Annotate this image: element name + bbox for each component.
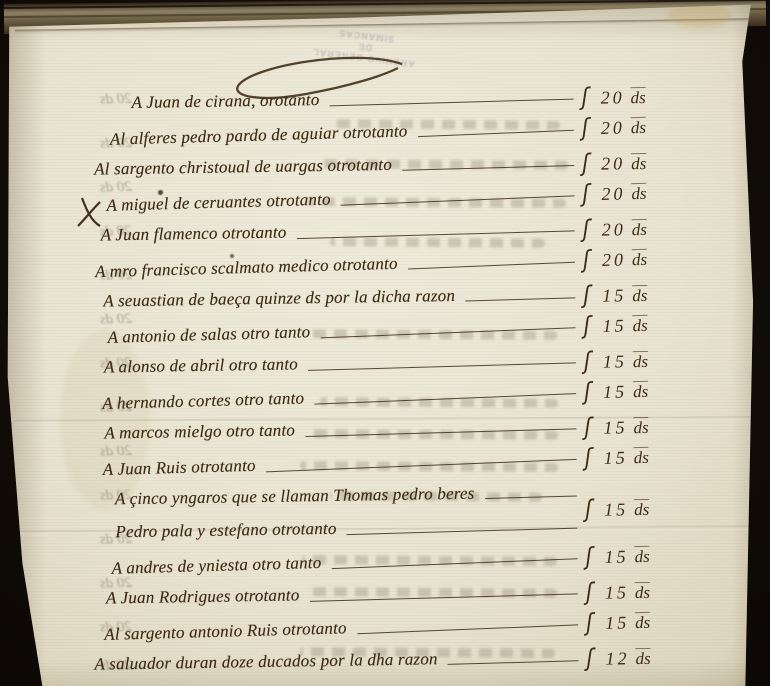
amount: ʃ 20 ds	[581, 83, 681, 109]
entry-text: Al sargento antonio Ruis otrotanto	[104, 613, 347, 650]
entry-text: A çinco yngaros que se llaman Thomas ped…	[115, 479, 475, 515]
amount-unit: ds	[635, 582, 650, 602]
amount-brace-glyph: ʃ	[585, 542, 593, 570]
entry-text: A Juan Rodrigues otrotanto	[106, 580, 300, 613]
dash-line	[465, 297, 575, 301]
amount-brace-glyph: ʃ	[581, 83, 588, 111]
amount-brace-glyph: ʃ	[585, 495, 592, 523]
entry-text: A Juan Ruis otrotanto	[102, 451, 256, 485]
entry-text: A alonso de abril otro tanto	[104, 349, 298, 382]
amount-value: 15	[604, 546, 629, 568]
amount-brace-glyph: ʃ	[586, 644, 593, 672]
entry-text: A hernando cortes otro tanto	[102, 383, 305, 419]
amount-brace-glyph: ʃ	[584, 347, 591, 375]
amount-value: 15	[603, 351, 627, 372]
dash-line	[448, 660, 579, 665]
amount-unit: ds	[633, 417, 648, 437]
dash-line	[308, 362, 576, 370]
dash-line	[266, 459, 577, 472]
amount-value: 12	[605, 648, 629, 669]
amount-value: 15	[603, 447, 628, 469]
dash-line	[402, 165, 574, 171]
dash-line	[314, 393, 576, 405]
dash-line	[485, 495, 577, 499]
amount-value: 20	[601, 153, 625, 174]
amount-unit: ds	[631, 117, 647, 137]
amount-unit: ds	[634, 500, 649, 520]
amount: ʃ 15 ds	[584, 376, 685, 403]
entry-text: A miguel de ceruantes otrotanto	[106, 185, 331, 221]
dash-line	[305, 428, 576, 437]
amount-brace-glyph: ʃ	[584, 377, 592, 405]
entry-text: A mro francisco scalmato medico otrotant…	[95, 249, 398, 287]
amount-unit: ds	[633, 447, 649, 467]
amount-unit: ds	[635, 612, 651, 632]
amount-unit: ds	[631, 153, 646, 173]
amount-unit: ds	[633, 381, 649, 401]
dash-line	[341, 195, 575, 205]
amount: ʃ 12 ds	[586, 644, 686, 670]
entry-text: A marcos mielgo otro tanto	[104, 415, 295, 448]
amount-unit: ds	[632, 219, 647, 239]
amount-brace-glyph: ʃ	[584, 413, 591, 441]
amount-unit: ds	[635, 648, 650, 668]
amount-value: 15	[604, 499, 628, 520]
manuscript-page: ARCHIVO GENERAL DE SIMANCAS 20 ds 20 ds …	[0, 0, 770, 686]
amount-brace-glyph: ʃ	[586, 608, 594, 636]
amount: ʃ 15 ds	[585, 541, 686, 568]
dash-line	[320, 327, 575, 338]
page-edge-line	[4, 0, 766, 9]
amount-unit: ds	[631, 183, 647, 203]
amount-unit: ds	[632, 249, 648, 269]
amount-unit: ds	[630, 87, 645, 107]
amount: ʃ 15 ds	[584, 442, 685, 469]
amount: ʃ 15 ds	[586, 578, 686, 604]
amount-unit: ds	[632, 315, 648, 335]
amount-value: 15	[605, 612, 630, 634]
amount-value: 20	[602, 249, 627, 271]
amount: ʃ 15 ds	[586, 607, 687, 634]
entry-text-2: Pedro pala y estefano otrotanto	[115, 514, 337, 547]
entry-text: Al alferes pedro pardo de aguiar otrotan…	[109, 116, 407, 154]
entry-text: A Juan de cirana, orotanto	[131, 85, 319, 118]
ledger-entries: A Juan de cirana, orotanto ʃ 20 ds Al al…	[89, 81, 686, 680]
amount: ʃ 15 ds	[583, 310, 684, 337]
dash-line	[332, 558, 578, 569]
amount-unit: ds	[632, 285, 647, 305]
amount: ʃ 20 ds	[581, 112, 682, 139]
amount-brace-glyph: ʃ	[581, 113, 589, 141]
amount-brace-glyph: ʃ	[586, 578, 593, 606]
amount-brace-glyph: ʃ	[582, 179, 590, 207]
amount: ʃ 15 ds	[584, 347, 684, 373]
amount: ʃ 20 ds	[582, 178, 683, 205]
entry-text: A antonio de salas otro tanto	[107, 317, 310, 353]
amount: ʃ 15 ds	[583, 281, 683, 307]
entry-text: A Juan flamenco otrotanto	[100, 218, 286, 251]
amount-value: 20	[600, 87, 624, 108]
entry-text: Al sargento christoual de uargas otrotan…	[94, 150, 392, 185]
amount-brace-glyph: ʃ	[582, 215, 589, 243]
amount-value: 15	[603, 417, 627, 438]
amount-brace-glyph: ʃ	[582, 149, 589, 177]
entry-text: A andres de yniesta otro tanto	[111, 548, 322, 584]
dash-line	[418, 130, 574, 137]
dash-line	[297, 230, 575, 239]
amount-brace-glyph: ʃ	[583, 281, 590, 309]
amount-unit: ds	[633, 351, 648, 371]
amount-value: 20	[601, 183, 626, 205]
dash-line	[347, 528, 578, 535]
amount-unit: ds	[634, 546, 650, 566]
dash-line	[357, 624, 578, 634]
amount-value: 20	[602, 219, 626, 240]
entry-text: A seuastian de baeça quinze ds por la di…	[103, 281, 455, 317]
amount: ʃ 15 ds	[584, 413, 684, 439]
dash-line	[408, 262, 575, 270]
dash-line	[330, 99, 574, 107]
dash-line	[310, 593, 578, 601]
amount: ʃ 20 ds	[582, 149, 682, 175]
amount-value: 15	[605, 582, 629, 603]
amount-value: 15	[602, 315, 627, 337]
amount-brace-glyph: ʃ	[583, 245, 591, 273]
amount-brace-glyph: ʃ	[583, 311, 591, 339]
amount-brace-glyph: ʃ	[584, 443, 592, 471]
amount: ʃ 20 ds	[582, 215, 682, 241]
amount: ʃ 15 ds	[585, 495, 685, 521]
amount-value: 20	[601, 117, 626, 139]
amount: ʃ 20 ds	[583, 244, 684, 271]
entry-text: A saluador duran doze ducados por la dha…	[94, 644, 438, 679]
amount-value: 15	[602, 285, 626, 306]
manuscript-scan: ARCHIVO GENERAL DE SIMANCAS 20 ds 20 ds …	[0, 0, 770, 686]
amount-value: 15	[603, 381, 628, 403]
